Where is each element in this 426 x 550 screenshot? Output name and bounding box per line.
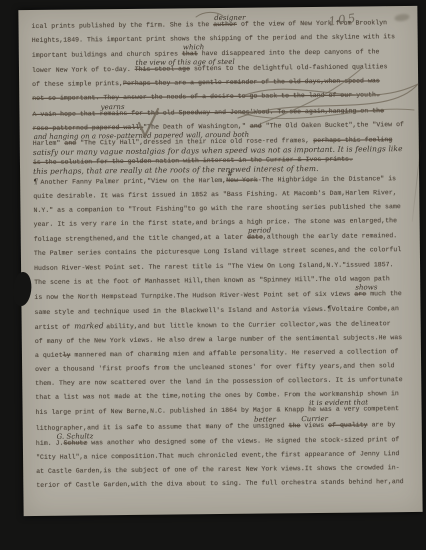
typed-text: ical prints published by the firm. She i… (31, 21, 213, 30)
typed-text: "The Old Oaken Bucket",the "View of (262, 121, 404, 129)
typed-text: a quiet (35, 352, 63, 359)
struck-text: and (250, 122, 262, 129)
manuscript-page: 105 ical prints published by the firm. S… (18, 6, 422, 516)
struck-text: of quality (328, 421, 368, 428)
typed-text: was another who designed some of the vie… (87, 436, 399, 446)
struck-text: not so important. They answer the needs … (32, 92, 380, 103)
typed-text: Heights,1849. This important print shows… (32, 33, 396, 44)
typed-text: The scene is at the foot of Manhasset Hi… (34, 275, 390, 286)
typed-text: at Castle Garden,is the subject of one o… (36, 464, 400, 475)
typed-text: are by (368, 421, 396, 428)
typed-text: "City Hall",a nice composition.That much… (36, 450, 400, 461)
typed-text: same style and technique used in the Bla… (34, 306, 326, 316)
typed-text: foliage strengthened,and the title chang… (34, 234, 247, 243)
typed-text: N.Y." as a companion to "Trout Fishing"t… (33, 203, 400, 214)
typed-text: terior of Castle Garden,with the diva ab… (36, 478, 403, 489)
typed-text: The Palmer series contains the picturesq… (34, 247, 401, 258)
typed-text: is now the North Hempstead Turnpike.The … (34, 290, 354, 300)
struck-text: remains for the old Speedway and Jones'W… (100, 107, 385, 117)
typed-text: "The Death of Washington," (143, 122, 250, 130)
typed-text: him. (36, 439, 56, 446)
manuscript-text-block: ical prints published by the firm. She i… (31, 15, 416, 493)
typed-text: Hudson River-West Point set. The rarest … (34, 261, 394, 272)
typed-text: lithographer,and it is safe to assume th… (36, 422, 253, 431)
handwritten-text: marked (74, 321, 106, 330)
typed-text: of many of the New York views. He also d… (35, 334, 402, 345)
typed-text: of these simple prints, (32, 80, 123, 88)
typed-text: of the view of New York from Brooklyn (237, 19, 387, 28)
typed-text: over a thousand 'first proofs from the u… (35, 362, 395, 373)
typed-text: -The Highbridge in the Distance" is (258, 175, 396, 183)
typed-text: ,although the early date remained. (263, 232, 397, 240)
manuscript-line: terior of Castle Garden,with the diva ab… (36, 475, 416, 493)
struck-text: rose-patterned papered wall, (33, 123, 144, 131)
typed-text: important buildings and church spires (32, 51, 182, 60)
typed-text: have disappeared into the deep canyons o… (198, 49, 380, 58)
typed-text: year. It is very rare in the first state… (34, 217, 398, 228)
struck-text: the (289, 422, 301, 429)
struck-text: perhaps this feeling (313, 136, 392, 144)
struck-text: Perhaps they are a gentle reminder of th… (123, 78, 380, 88)
paper-edge-notch (11, 271, 33, 307)
typed-text: ability,and but little known to the Curr… (106, 320, 391, 330)
typed-text: Voltaire Combe,an (332, 305, 399, 313)
typed-text: Another Fanny Palmer print,"View on the … (40, 177, 226, 186)
typed-text: artist of (35, 323, 75, 330)
typed-text: mannered man of charming mien and affabl… (71, 348, 399, 358)
struck-text: ly (63, 352, 71, 359)
typed-text: lower New York of to-day. (32, 66, 135, 74)
struck-text: A vain hope that (32, 110, 99, 118)
typed-text: quite desirable. It was first issued in … (33, 189, 397, 200)
typed-text: them. They are now scattered over the la… (35, 376, 402, 387)
